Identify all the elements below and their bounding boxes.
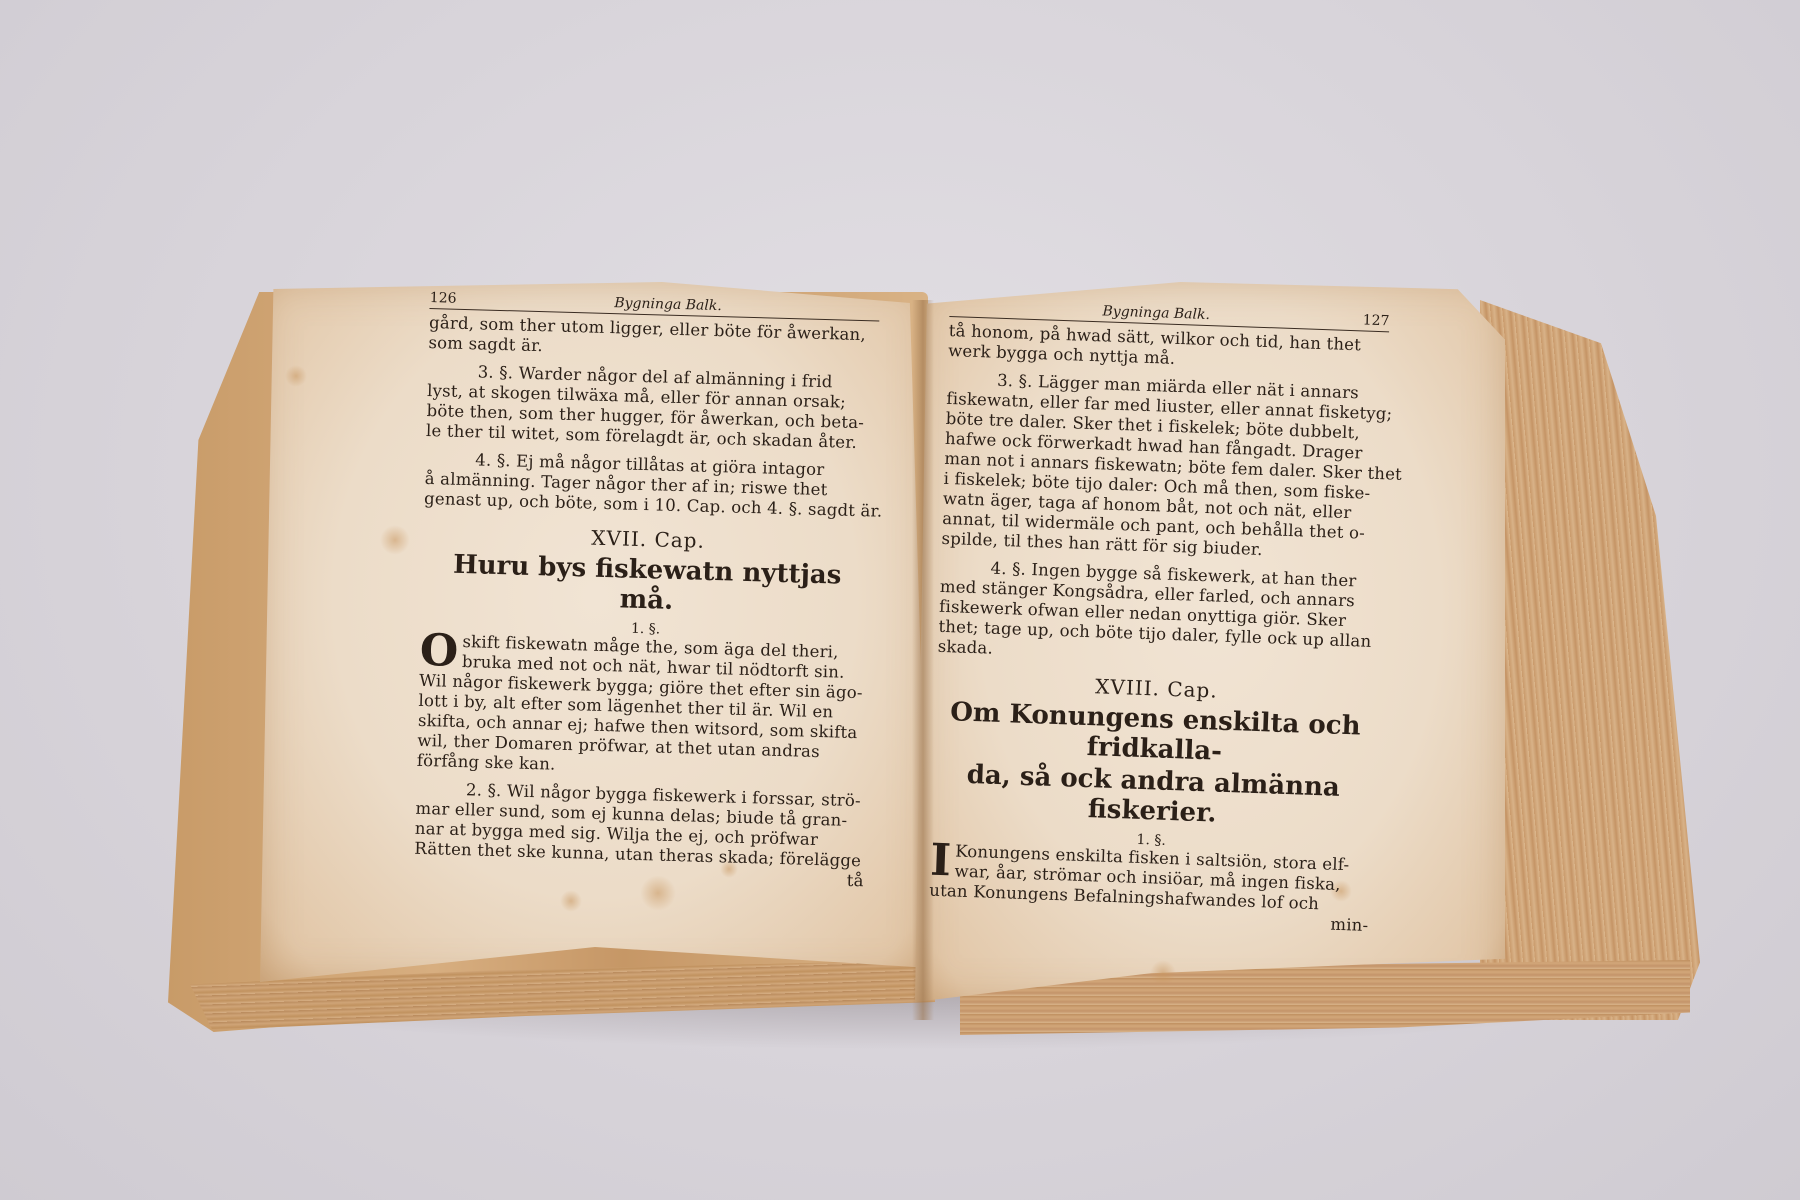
foxing-spot (285, 365, 307, 387)
foxing-spot (560, 890, 582, 912)
drop-cap: O (419, 631, 458, 672)
chapter-heading-line: da, så ock andra almänna fiskerier. (932, 759, 1374, 834)
right-running-title: Bygninga Balk. (1102, 303, 1210, 323)
left-page-number: 126 (430, 290, 457, 307)
right-page-number: 127 (1362, 312, 1389, 329)
chapter-heading: Huru bys fiskewatn nyttjas må. (421, 549, 872, 622)
drop-cap: I (930, 841, 952, 882)
right-page-text: Bygninga Balk. 127 tå honom, på hwad sät… (928, 298, 1389, 936)
left-running-title: Bygninga Balk. (614, 295, 722, 314)
foxing-spot (1150, 960, 1176, 986)
left-page-text: 126 Bygninga Balk. gård, som ther utom l… (414, 290, 880, 891)
foxing-spot (380, 525, 410, 555)
right-page-block-edge (1480, 300, 1700, 1020)
